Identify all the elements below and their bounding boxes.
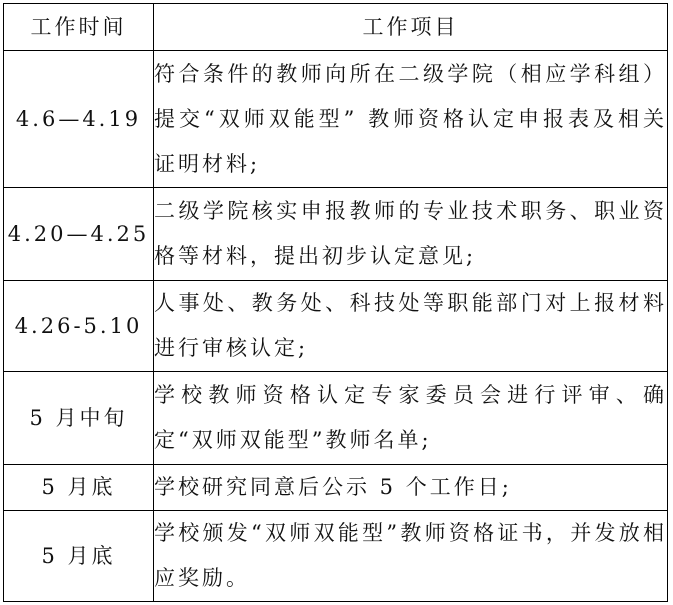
table-row: 5 月底 学校颁发“双师双能型”教师资格证书，并发放相应奖励。 <box>4 511 668 602</box>
row-time: 5 月中旬 <box>4 372 154 465</box>
row-task: 符合条件的教师向所在二级学院（相应学科组）提交“双师双能型” 教师资格认定申报表… <box>154 51 668 188</box>
table-row: 5 月中旬 学校教师资格认定专家委员会进行评审、确定“双师双能型”教师名单; <box>4 372 668 465</box>
row-task: 二级学院核实申报教师的专业技术职务、职业资格等材料，提出初步认定意见; <box>154 188 668 281</box>
row-task: 人事处、教务处、科技处等职能部门对上报材料进行审核认定; <box>154 281 668 372</box>
row-time: 4.20—4.25 <box>4 188 154 281</box>
work-schedule-table: 工作时间 工作项目 4.6—4.19 符合条件的教师向所在二级学院（相应学科组）… <box>3 3 668 602</box>
row-time: 5 月底 <box>4 511 154 602</box>
row-time: 4.26-5.10 <box>4 281 154 372</box>
table-row: 4.20—4.25 二级学院核实申报教师的专业技术职务、职业资格等材料，提出初步… <box>4 188 668 281</box>
row-time: 4.6—4.19 <box>4 51 154 188</box>
row-task: 学校研究同意后公示 5 个工作日; <box>154 465 668 511</box>
row-time: 5 月底 <box>4 465 154 511</box>
header-work-item: 工作项目 <box>154 4 668 51</box>
table-row: 4.26-5.10 人事处、教务处、科技处等职能部门对上报材料进行审核认定; <box>4 281 668 372</box>
table-row: 5 月底 学校研究同意后公示 5 个工作日; <box>4 465 668 511</box>
row-task: 学校教师资格认定专家委员会进行评审、确定“双师双能型”教师名单; <box>154 372 668 465</box>
row-task: 学校颁发“双师双能型”教师资格证书，并发放相应奖励。 <box>154 511 668 602</box>
header-work-time: 工作时间 <box>4 4 154 51</box>
header-row: 工作时间 工作项目 <box>4 4 668 51</box>
table-row: 4.6—4.19 符合条件的教师向所在二级学院（相应学科组）提交“双师双能型” … <box>4 51 668 188</box>
